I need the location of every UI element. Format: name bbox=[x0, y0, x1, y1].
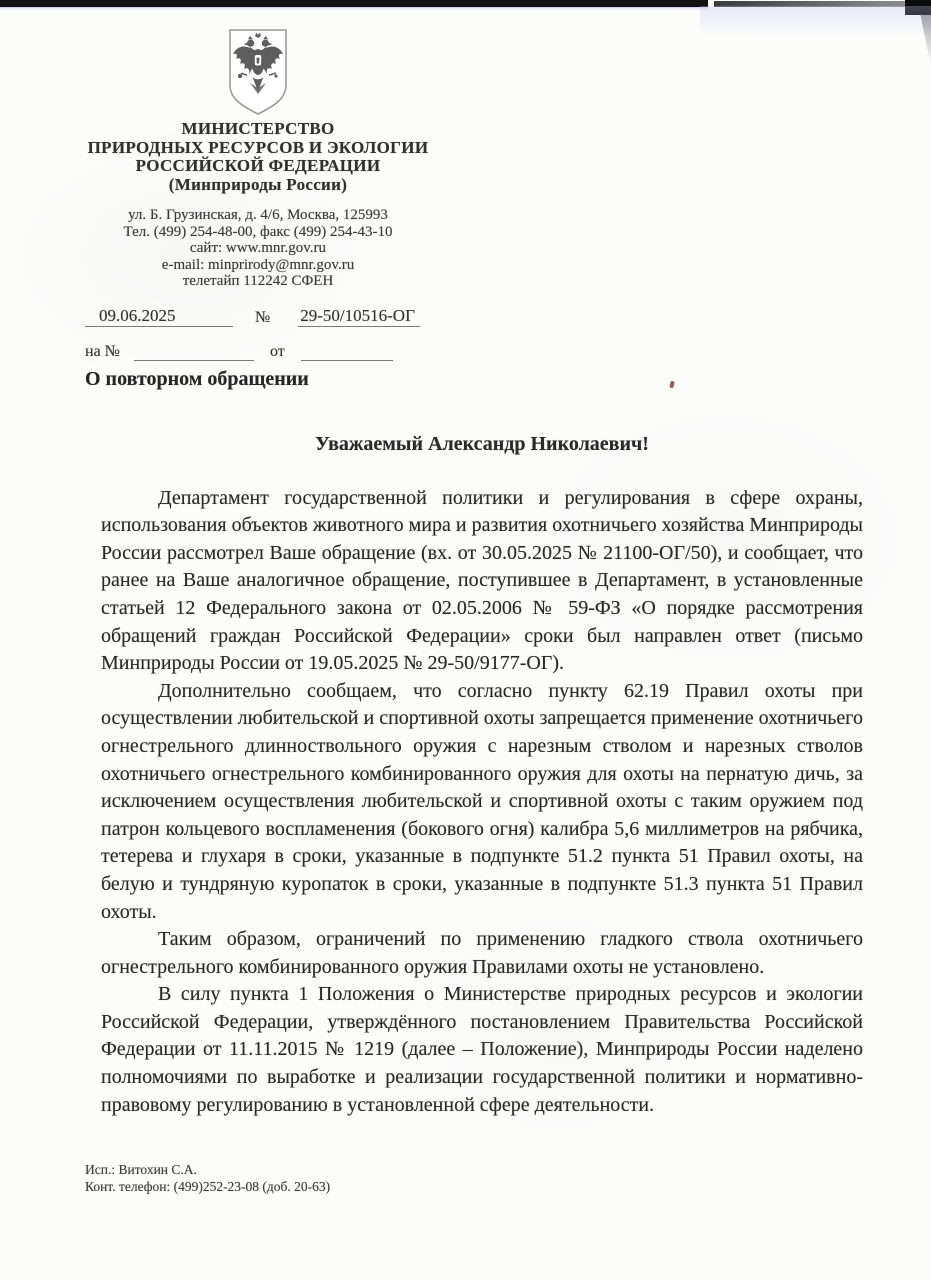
reply-date-blank bbox=[301, 343, 393, 361]
postal-address: ул. Б. Грузинская, д. 4/6, Москва, 12599… bbox=[60, 207, 456, 224]
executor-name: Исп.: Витохин С.А. bbox=[85, 1162, 330, 1179]
letterhead-contacts: ул. Б. Грузинская, д. 4/6, Москва, 12599… bbox=[60, 207, 456, 290]
paragraph-4: В силу пункта 1 Положения о Министерстве… bbox=[101, 981, 863, 1119]
email: e-mail: minprirody@mnr.gov.ru bbox=[60, 257, 456, 274]
russia-coat-of-arms-icon bbox=[227, 28, 289, 116]
letter-body: Уважаемый Александр Николаевич! Департам… bbox=[101, 431, 863, 1119]
number-sign-label: № bbox=[255, 309, 270, 327]
teletype: телетайп 112242 СФЕН bbox=[60, 273, 456, 290]
reply-to-label: на № bbox=[85, 343, 120, 361]
document-number: 29-50/10516-ОГ bbox=[298, 306, 420, 327]
ministry-name-line: ПРИРОДНЫХ РЕСУРСОВ И ЭКОЛОГИИ bbox=[60, 139, 456, 158]
paragraph-3: Таким образом, ограничений по применению… bbox=[101, 926, 863, 981]
scan-ink-speck bbox=[669, 381, 675, 389]
outgoing-reference-row: 09.06.2025 № 29-50/10516-ОГ bbox=[85, 300, 505, 327]
website: сайт: www.mnr.gov.ru bbox=[60, 240, 456, 257]
phone-fax: Тел. (499) 254-48-00, факс (499) 254-43-… bbox=[60, 224, 456, 241]
scanned-letter-page: МИНИСТЕРСТВО ПРИРОДНЫХ РЕСУРСОВ И ЭКОЛОГ… bbox=[0, 0, 931, 1280]
document-date: 09.06.2025 bbox=[85, 306, 233, 327]
reply-number-blank bbox=[134, 343, 254, 361]
reply-from-label: от bbox=[270, 343, 285, 361]
paragraph-2: Дополнительно сообщаем, что согласно пун… bbox=[101, 678, 863, 926]
ministry-name-line: РОССИЙСКОЙ ФЕДЕРАЦИИ bbox=[60, 157, 456, 176]
ministry-name-line: МИНИСТЕРСТВО bbox=[60, 120, 456, 139]
executor-block: Исп.: Витохин С.А. Конт. телефон: (499)2… bbox=[85, 1162, 330, 1195]
paragraph-1: Департамент государственной политики и р… bbox=[101, 485, 863, 678]
ministry-short-name: (Минприроды России) bbox=[60, 176, 456, 195]
subject-line: О повторном обращении bbox=[85, 368, 505, 391]
executor-phone: Конт. телефон: (499)252-23-08 (доб. 20-6… bbox=[85, 1179, 330, 1196]
scan-top-edge-artifact bbox=[0, 0, 708, 7]
incoming-reference-row: на № от bbox=[85, 339, 505, 361]
salutation: Уважаемый Александр Николаевич! bbox=[101, 431, 863, 459]
reference-block: 09.06.2025 № 29-50/10516-ОГ на № от О по… bbox=[85, 300, 505, 391]
scan-haze-artifact bbox=[700, 6, 931, 38]
ministry-name: МИНИСТЕРСТВО ПРИРОДНЫХ РЕСУРСОВ И ЭКОЛОГ… bbox=[60, 120, 456, 194]
letterhead: МИНИСТЕРСТВО ПРИРОДНЫХ РЕСУРСОВ И ЭКОЛОГ… bbox=[60, 28, 456, 290]
